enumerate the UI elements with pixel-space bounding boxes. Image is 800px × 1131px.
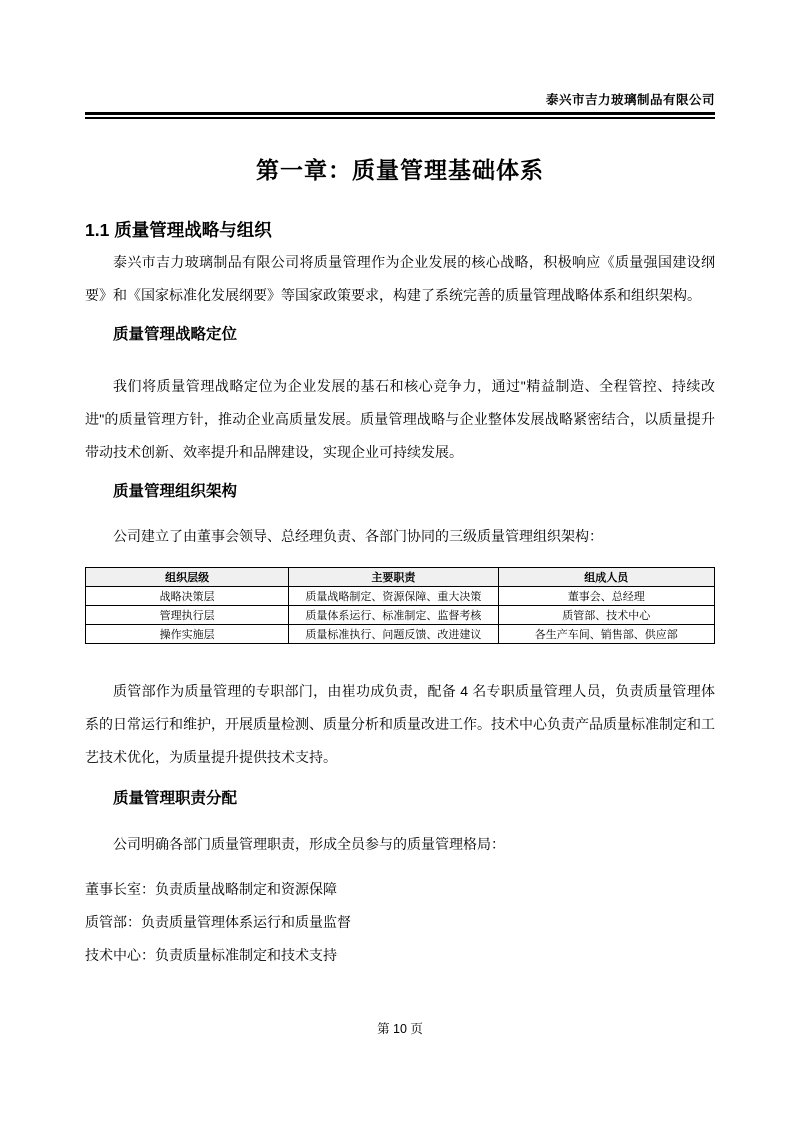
table-cell: 质量战略制定、资源保障、重大决策 <box>289 587 498 606</box>
table-cell: 战略决策层 <box>86 587 289 606</box>
responsibility-item: 技术中心：负责质量标准制定和技术支持 <box>85 939 715 972</box>
table-cell: 质量标准执行、问题反馈、改进建议 <box>289 625 498 644</box>
table-cell: 质管部、技术中心 <box>498 606 714 625</box>
header-double-rule <box>85 112 715 119</box>
table-header-cell: 主要职责 <box>289 568 498 587</box>
responsibility-item: 质管部：负责质量管理体系运行和质量监督 <box>85 906 715 939</box>
section-intro-paragraph: 泰兴市吉力玻璃制品有限公司将质量管理作为企业发展的核心战略，积极响应《质量强国建… <box>85 246 715 312</box>
table-cell: 操作实施层 <box>86 625 289 644</box>
table-row: 管理执行层 质量体系运行、标准制定、监督考核 质管部、技术中心 <box>86 606 715 625</box>
table-header-cell: 组织层级 <box>86 568 289 587</box>
table-cell: 各生产车间、销售部、供应部 <box>498 625 714 644</box>
organization-intro-paragraph: 公司建立了由董事会领导、总经理负责、各部门协同的三级质量管理组织架构： <box>85 520 715 553</box>
table-cell: 董事会、总经理 <box>498 587 714 606</box>
table-cell: 质量体系运行、标准制定、监督考核 <box>289 606 498 625</box>
table-header-cell: 组成人员 <box>498 568 714 587</box>
header-company-name: 泰兴市吉力玻璃制品有限公司 <box>85 93 715 107</box>
chapter-title: 第一章：质量管理基础体系 <box>85 155 715 185</box>
subsection-heading-strategy: 质量管理战略定位 <box>113 325 715 345</box>
page-footer: 第 10 页 <box>0 1019 800 1037</box>
subsection-heading-organization: 质量管理组织架构 <box>113 482 715 502</box>
organization-table: 组织层级 主要职责 组成人员 战略决策层 质量战略制定、资源保障、重大决策 董事… <box>85 567 715 644</box>
table-row: 战略决策层 质量战略制定、资源保障、重大决策 董事会、总经理 <box>86 587 715 606</box>
responsibilities-intro-paragraph: 公司明确各部门质量管理职责，形成全员参与的质量管理格局： <box>85 828 715 861</box>
subsection-heading-responsibilities: 质量管理职责分配 <box>113 789 715 809</box>
strategy-paragraph: 我们将质量管理战略定位为企业发展的基石和核心竞争力，通过"精益制造、全程管控、持… <box>85 370 715 469</box>
table-cell: 管理执行层 <box>86 606 289 625</box>
organization-detail-paragraph: 质管部作为质量管理的专职部门，由崔功成负责，配备 4 名专职质量管理人员，负责质… <box>85 675 715 774</box>
responsibility-item: 董事长室：负责质量战略制定和资源保障 <box>85 873 715 906</box>
section-heading: 1.1 质量管理战略与组织 <box>85 219 715 241</box>
document-page: 泰兴市吉力玻璃制品有限公司 第一章：质量管理基础体系 1.1 质量管理战略与组织… <box>0 0 800 972</box>
responsibilities-list: 董事长室：负责质量战略制定和资源保障 质管部：负责质量管理体系运行和质量监督 技… <box>85 873 715 972</box>
table-header-row: 组织层级 主要职责 组成人员 <box>86 568 715 587</box>
page-number: 第 10 页 <box>377 1022 423 1036</box>
table-row: 操作实施层 质量标准执行、问题反馈、改进建议 各生产车间、销售部、供应部 <box>86 625 715 644</box>
